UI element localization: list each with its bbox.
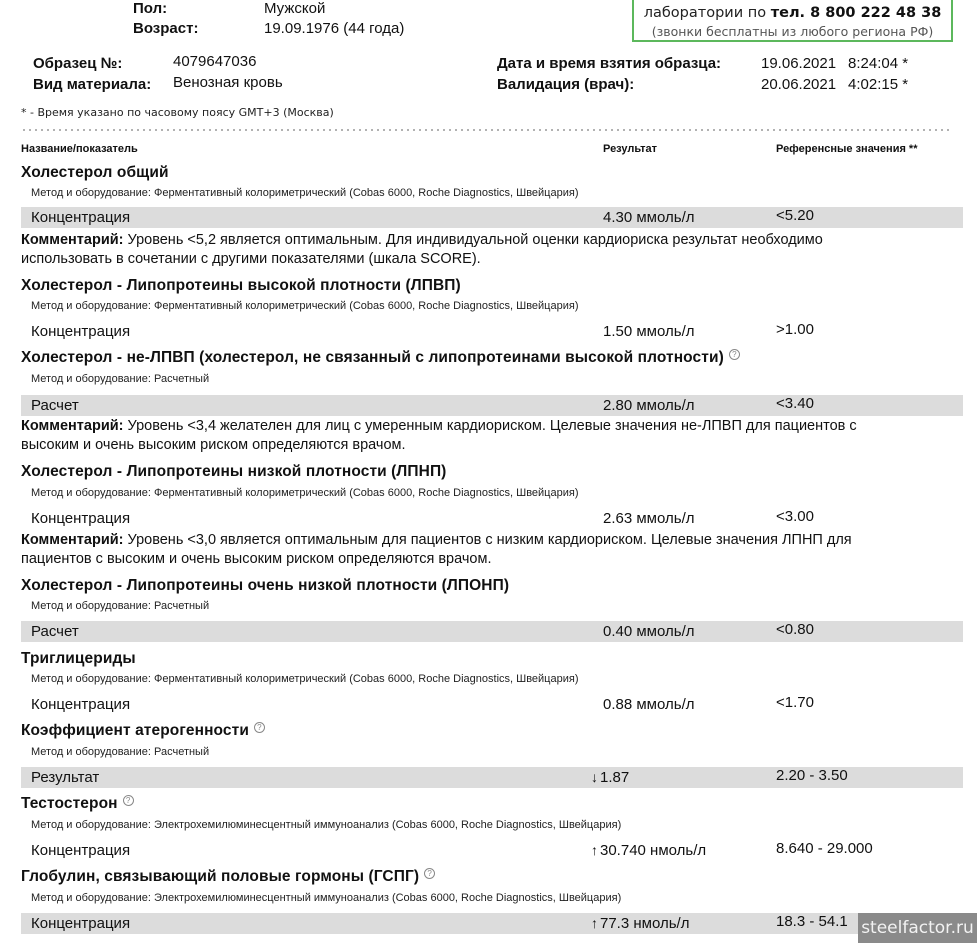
arrow-down-icon: ↓	[591, 769, 598, 785]
result-value-text: 1.87	[600, 769, 629, 786]
watermark: steelfactor.ru	[858, 913, 977, 943]
test-title-text: Холестерол - не-ЛПВП (холестерол, не свя…	[21, 349, 724, 366]
result-value-text: 2.80 ммоль/л	[603, 397, 695, 414]
comment-text: Уровень <3,4 желателен для лиц с умеренн…	[21, 418, 857, 453]
result-row-background	[21, 207, 963, 228]
reference-value: <1.70	[776, 694, 814, 711]
comment-text: Уровень <5,2 является оптимальным. Для и…	[21, 232, 823, 267]
result-row-label: Концентрация	[31, 209, 130, 226]
result-value: 4.30 ммоль/л	[603, 209, 695, 226]
result-value: 0.88 ммоль/л	[603, 696, 695, 713]
comment-label: Комментарий:	[21, 532, 123, 548]
test-method: Метод и оборудование: Ферментативный кол…	[31, 187, 579, 199]
column-header-name: Название/показатель	[21, 143, 138, 155]
result-value-text: 30.740 нмоль/л	[600, 842, 706, 859]
help-icon[interactable]: ?	[729, 349, 740, 360]
test-title-text: Холестерол - Липопротеины очень низкой п…	[21, 577, 509, 594]
test-comment: Комментарий: Уровень <3,4 желателен для …	[21, 417, 901, 455]
comment-text: Уровень <3,0 является оптимальным для па…	[21, 532, 852, 567]
test-method: Метод и оборудование: Расчетный	[31, 373, 209, 385]
test-title-text: Глобулин, связывающий половые гормоны (Г…	[21, 868, 419, 885]
comment-label: Комментарий:	[21, 418, 123, 434]
taken-label: Дата и время взятия образца:	[497, 55, 721, 72]
reference-value: 2.20 - 3.50	[776, 767, 848, 784]
test-method: Метод и оборудование: Ферментативный кол…	[31, 300, 579, 312]
test-title-text: Холестерол общий	[21, 164, 169, 181]
column-header-result: Результат	[603, 143, 657, 155]
arrow-up-icon: ↑	[591, 842, 598, 858]
result-row-label: Результат	[31, 769, 99, 786]
result-row-label: Концентрация	[31, 510, 130, 527]
result-row-label: Концентрация	[31, 915, 130, 932]
test-title: Холестерол - Липопротеины низкой плотнос…	[21, 463, 446, 481]
age-value: 19.09.1976 (44 года)	[264, 20, 404, 37]
test-title-text: Тестостерон	[21, 795, 118, 812]
sample-number-value: 4079647036	[173, 53, 256, 70]
result-value-text: 4.30 ммоль/л	[603, 209, 695, 226]
help-icon[interactable]: ?	[254, 722, 265, 733]
contact-phone: тел. 8 800 222 48 38	[771, 5, 942, 21]
arrow-up-icon: ↑	[591, 915, 598, 931]
result-row-background	[21, 621, 963, 642]
test-title: Коэффициент атерогенности?	[21, 722, 265, 740]
result-row-label: Расчет	[31, 397, 79, 414]
result-value: 1.50 ммоль/л	[603, 323, 695, 340]
test-comment: Комментарий: Уровень <5,2 является оптим…	[21, 231, 901, 269]
validation-label: Валидация (врач):	[497, 76, 634, 93]
contact-prefix: лаборатории по	[644, 5, 771, 21]
test-title: Холестерол - Липопротеины очень низкой п…	[21, 577, 509, 595]
sex-value: Мужской	[264, 0, 325, 17]
sex-label: Пол:	[133, 0, 167, 17]
sample-number-label: Образец №:	[33, 55, 122, 72]
test-title-text: Холестерол - Липопротеины низкой плотнос…	[21, 463, 446, 480]
result-value: 2.80 ммоль/л	[603, 397, 695, 414]
result-value: 0.40 ммоль/л	[603, 623, 695, 640]
reference-value: >1.00	[776, 321, 814, 338]
result-value-text: 77.3 нмоль/л	[600, 915, 689, 932]
test-title: Холестерол - не-ЛПВП (холестерол, не свя…	[21, 349, 740, 367]
material-value: Венозная кровь	[173, 74, 283, 91]
test-title: Холестерол общий	[21, 164, 169, 182]
result-value-text: 2.63 ммоль/л	[603, 510, 695, 527]
taken-date: 19.06.2021	[761, 55, 836, 72]
test-title: Глобулин, связывающий половые гормоны (Г…	[21, 868, 435, 886]
contact-box: лаборатории по тел. 8 800 222 48 38 (зво…	[632, 0, 953, 42]
reference-value: <5.20	[776, 207, 814, 224]
result-row-background	[21, 395, 963, 416]
test-method: Метод и оборудование: Электрохемилюминес…	[31, 819, 621, 831]
contact-phone-line: лаборатории по тел. 8 800 222 48 38	[634, 5, 951, 21]
result-value-text: 0.88 ммоль/л	[603, 696, 695, 713]
timezone-note: * - Время указано по часовому поясу GMT+…	[21, 106, 334, 119]
result-value: ↑77.3 нмоль/л	[591, 915, 689, 932]
test-title-text: Холестерол - Липопротеины высокой плотно…	[21, 277, 461, 294]
result-value-text: 0.40 ммоль/л	[603, 623, 695, 640]
column-header-reference: Референсные значения **	[776, 143, 918, 155]
result-value: ↓1.87	[591, 769, 629, 786]
help-icon[interactable]: ?	[123, 795, 134, 806]
test-method: Метод и оборудование: Ферментативный кол…	[31, 673, 579, 685]
result-value-text: 1.50 ммоль/л	[603, 323, 695, 340]
reference-value: 18.3 - 54.1	[776, 913, 848, 930]
test-method: Метод и оборудование: Расчетный	[31, 600, 209, 612]
result-row-label: Концентрация	[31, 696, 130, 713]
reference-value: 8.640 - 29.000	[776, 840, 873, 857]
contact-note: (звонки бесплатны из любого региона РФ)	[634, 24, 951, 39]
test-title-text: Коэффициент атерогенности	[21, 722, 249, 739]
comment-label: Комментарий:	[21, 232, 123, 248]
reference-value: <3.40	[776, 395, 814, 412]
test-method: Метод и оборудование: Электрохемилюминес…	[31, 892, 621, 904]
validation-date: 20.06.2021	[761, 76, 836, 93]
test-method: Метод и оборудование: Ферментативный кол…	[31, 487, 579, 499]
test-title-text: Триглицериды	[21, 650, 136, 667]
result-row-label: Концентрация	[31, 842, 130, 859]
test-title: Триглицериды	[21, 650, 136, 668]
test-method: Метод и оборудование: Расчетный	[31, 746, 209, 758]
dotted-divider	[21, 129, 953, 131]
result-value: 2.63 ммоль/л	[603, 510, 695, 527]
result-value: ↑30.740 нмоль/л	[591, 842, 706, 859]
test-title: Холестерол - Липопротеины высокой плотно…	[21, 277, 461, 295]
help-icon[interactable]: ?	[424, 868, 435, 879]
result-row-label: Концентрация	[31, 323, 130, 340]
validation-time: 4:02:15 *	[848, 76, 908, 93]
reference-value: <0.80	[776, 621, 814, 638]
age-label: Возраст:	[133, 20, 198, 37]
test-comment: Комментарий: Уровень <3,0 является оптим…	[21, 531, 901, 569]
test-title: Тестостерон?	[21, 795, 134, 813]
taken-time: 8:24:04 *	[848, 55, 908, 72]
result-row-label: Расчет	[31, 623, 79, 640]
material-label: Вид материала:	[33, 76, 151, 93]
reference-value: <3.00	[776, 508, 814, 525]
